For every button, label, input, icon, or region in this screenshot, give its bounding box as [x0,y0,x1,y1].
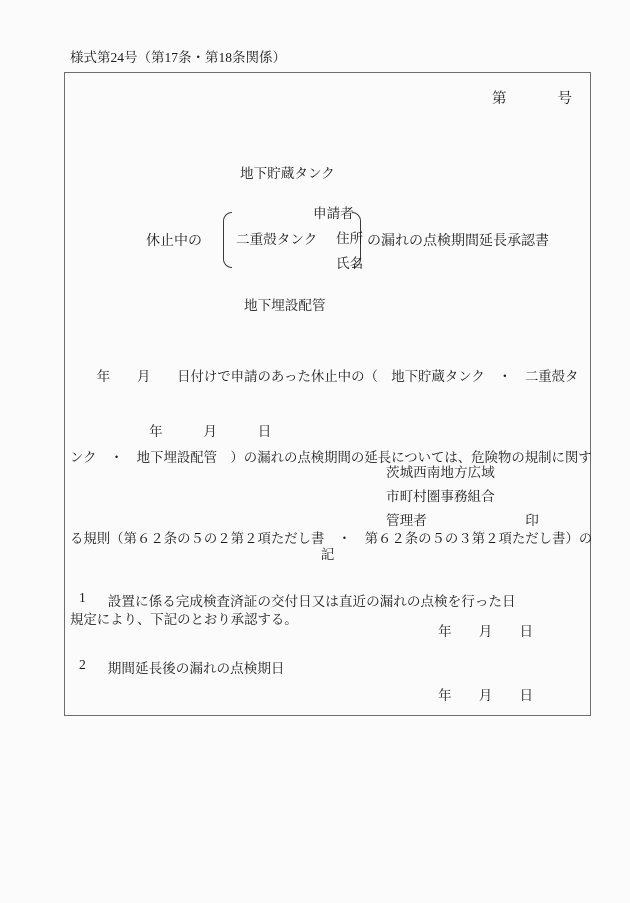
document-page: 様式第24号（第17条・第18条関係） 第 号 休止中の 地下貯蔵タンク 二重殻… [0,0,630,903]
issuer-block: 茨城西南地方広域 市町村圏事務組合 管理者 印 [386,461,539,533]
doc-number: 第 号 [492,87,572,108]
bracket-left-icon [223,212,232,268]
seal-label: 印 [525,513,539,528]
item-2-text: 期間延長後の漏れの点検期日 [108,657,285,677]
title-suffix: の漏れの点検期間延長承認書 [367,230,549,250]
list-item-1: 1 設置に係る完成検査済証の交付日又は直近の漏れの点検を行った日 [79,590,516,610]
item-1-number: 1 [79,590,86,610]
issuer-manager-line: 管理者 印 [386,509,539,533]
item-1-text: 設置に係る完成検査済証の交付日又は直近の漏れの点検を行った日 [108,590,516,610]
issuer-org-line-1: 茨城西南地方広域 [386,461,539,485]
applicant-label: 申請者 [313,201,363,226]
doc-number-suffix: 号 [558,87,573,108]
item-2-number: 2 [79,657,86,677]
applicant-block: 申請者 住所 氏名 [313,201,363,276]
issuer-org-line-2: 市町村圏事務組合 [386,485,539,509]
tank-option-underground-tank: 地下貯蔵タンク [240,163,348,185]
issue-date-line: 年 月 日 [149,420,271,440]
doc-number-prefix: 第 [492,87,507,108]
list-item-2: 2 期間延長後の漏れの点検期日 [79,657,285,677]
document-frame: 第 号 休止中の 地下貯蔵タンク 二重殻タンク 地下埋設配管 の漏れの点検期間延… [64,72,591,716]
applicant-address-label: 住所 [336,226,363,251]
form-label: 様式第24号（第17条・第18条関係） [70,46,286,66]
body-line: 年 月 日付けで申請のあった休止中の（ 地下貯蔵タンク ・ 二重殻タ [70,363,592,390]
item-2-date-line: 年 月 日 [438,684,533,704]
item-1-date-line: 年 月 日 [438,620,533,640]
manager-label: 管理者 [386,513,427,528]
title-prefix: 休止中の [146,230,202,250]
note-heading: 記 [65,543,590,563]
applicant-name-label: 氏名 [336,251,363,276]
